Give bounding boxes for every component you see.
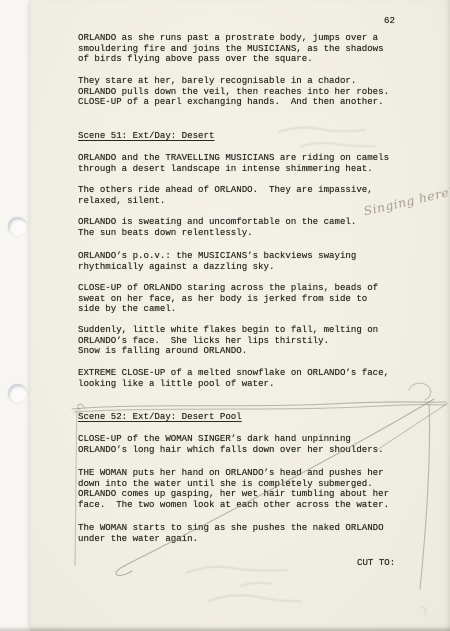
scene-heading-51: Scene 51: Ext/Day: Desert — [78, 131, 214, 142]
transition-cut-to: CUT TO: — [357, 558, 395, 569]
scene-heading-52: Scene 52: Ext/Day: Desert Pool — [78, 412, 242, 423]
action-paragraph-11: THE WOMAN puts her hand on ORLANDO’s hea… — [78, 468, 389, 511]
action-paragraph-5: ORLANDO is sweating and uncomfortable on… — [78, 217, 356, 238]
scanned-script-page: 62 ORLANDO as she runs past a prostrate … — [0, 0, 450, 631]
action-paragraph-12: The WOMAN starts to sing as she pushes t… — [78, 523, 384, 544]
action-paragraph-4: The others ride ahead of ORLANDO. They a… — [78, 185, 373, 206]
action-paragraph-6: ORLANDO’s p.o.v.: the MUSICIANS’s backvi… — [78, 251, 356, 272]
action-paragraph-10: CLOSE-UP of the WOMAN SINGER’s dark hand… — [78, 434, 384, 455]
scanner-edge-shadow — [0, 626, 450, 631]
action-paragraph-1: ORLANDO as she runs past a prostrate bod… — [78, 33, 384, 65]
hole-punch-top — [8, 217, 27, 236]
action-paragraph-2: They stare at her, barely recognisable i… — [78, 76, 389, 108]
action-paragraph-7: CLOSE-UP of ORLANDO staring across the p… — [78, 283, 378, 315]
action-paragraph-9: EXTREME CLOSE-UP of a melted snowflake o… — [78, 368, 389, 389]
action-paragraph-8: Suddenly, little white flakes begin to f… — [78, 325, 378, 357]
page-number: 62 — [384, 16, 395, 27]
hole-punch-bottom — [8, 384, 27, 403]
action-paragraph-3: ORLANDO and the TRAVELLING MUSICIANS are… — [78, 153, 389, 174]
